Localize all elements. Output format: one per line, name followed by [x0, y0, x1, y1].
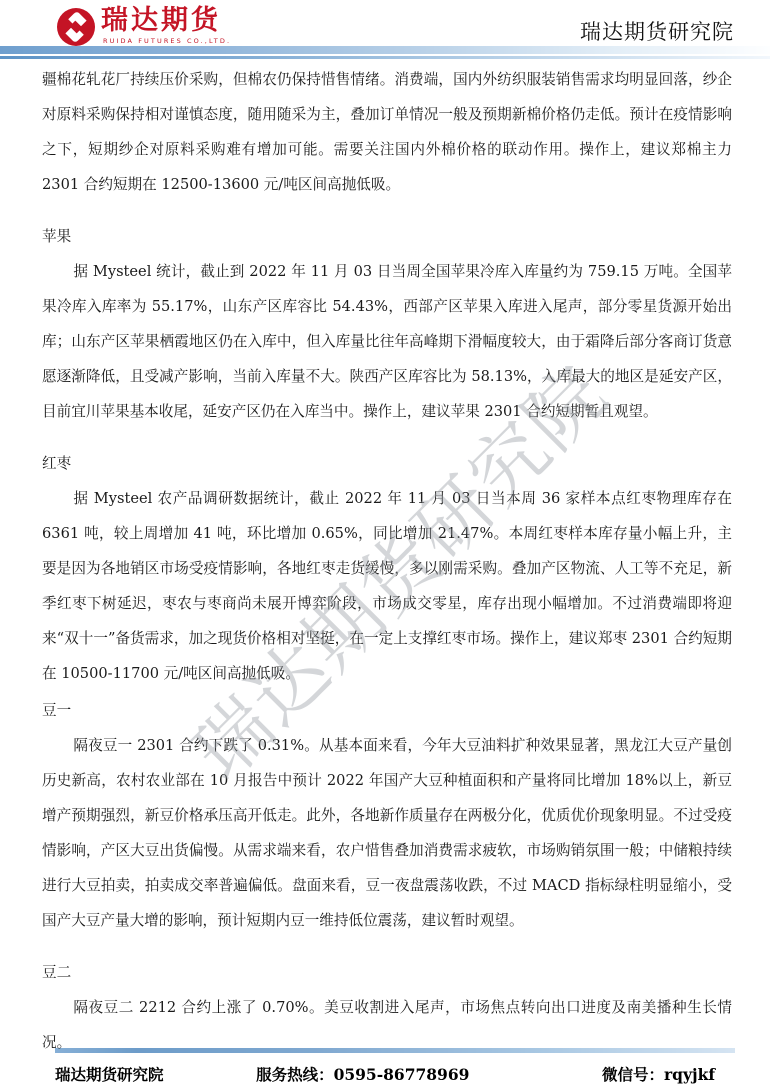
ruida-logo-icon: [55, 6, 97, 48]
section-heading-soybean-no1: 豆一: [42, 693, 732, 728]
footer-hotline: 服务热线：0595-86778969: [256, 1063, 469, 1085]
section-soybean-no2: 豆二 隔夜豆二 2212 合约上涨了 0.70%。美豆收割进入尾声，市场焦点转向…: [42, 955, 732, 1060]
section-cotton: 疆棉花轧花厂持续压价采购，但棉农仍保持惜售情绪。消费端，国内外纺织服装销售需求均…: [42, 62, 732, 202]
page-header: 瑞达期货 RUIDA FUTURES CO.,LTD. 瑞达期货研究院: [0, 0, 770, 46]
institute-title: 瑞达期货研究院: [580, 16, 734, 46]
section-heading-red-dates: 红枣: [42, 446, 732, 481]
band-top: [0, 46, 770, 54]
paragraph: 隔夜豆二 2212 合约上涨了 0.70%。美豆收割进入尾声，市场焦点转向出口进…: [42, 990, 732, 1060]
section-red-dates: 红枣 据 Mysteel 农产品调研数据统计，截止 2022 年 11 月 03…: [42, 446, 732, 691]
company-logo: 瑞达期货 RUIDA FUTURES CO.,LTD.: [55, 6, 231, 48]
footer-row: 瑞达期货研究院 服务热线：0595-86778969 微信号：rqyjkf: [55, 1063, 715, 1085]
paragraph: 隔夜豆一 2301 合约下跌了 0.31%。从基本面来看，今年大豆油料扩种效果显…: [42, 728, 732, 938]
brand-name: 瑞达期货: [101, 6, 231, 36]
section-apple: 苹果 据 Mysteel 统计，截止到 2022 年 11 月 03 日当周全国…: [42, 219, 732, 429]
section-heading-soybean-no2: 豆二: [42, 955, 732, 990]
section-heading-apple: 苹果: [42, 219, 732, 254]
header-divider-band: [0, 46, 770, 59]
band-bottom: [0, 56, 770, 59]
footer-wechat: 微信号：rqyjkf: [602, 1063, 715, 1085]
paragraph: 据 Mysteel 统计，截止到 2022 年 11 月 03 日当周全国苹果冷…: [42, 254, 732, 429]
section-soybean-no1: 豆一 隔夜豆一 2301 合约下跌了 0.31%。从基本面来看，今年大豆油料扩种…: [42, 693, 732, 938]
paragraph: 疆棉花轧花厂持续压价采购，但棉农仍保持惜售情绪。消费端，国内外纺织服装销售需求均…: [42, 62, 732, 202]
paragraph: 据 Mysteel 农产品调研数据统计，截止 2022 年 11 月 03 日当…: [42, 481, 732, 691]
footer-institute: 瑞达期货研究院: [55, 1063, 164, 1085]
report-body: 疆棉花轧花厂持续压价采购，但棉农仍保持惜售情绪。消费端，国内外纺织服装销售需求均…: [42, 62, 732, 1060]
brand-subtitle: RUIDA FUTURES CO.,LTD.: [101, 37, 231, 45]
